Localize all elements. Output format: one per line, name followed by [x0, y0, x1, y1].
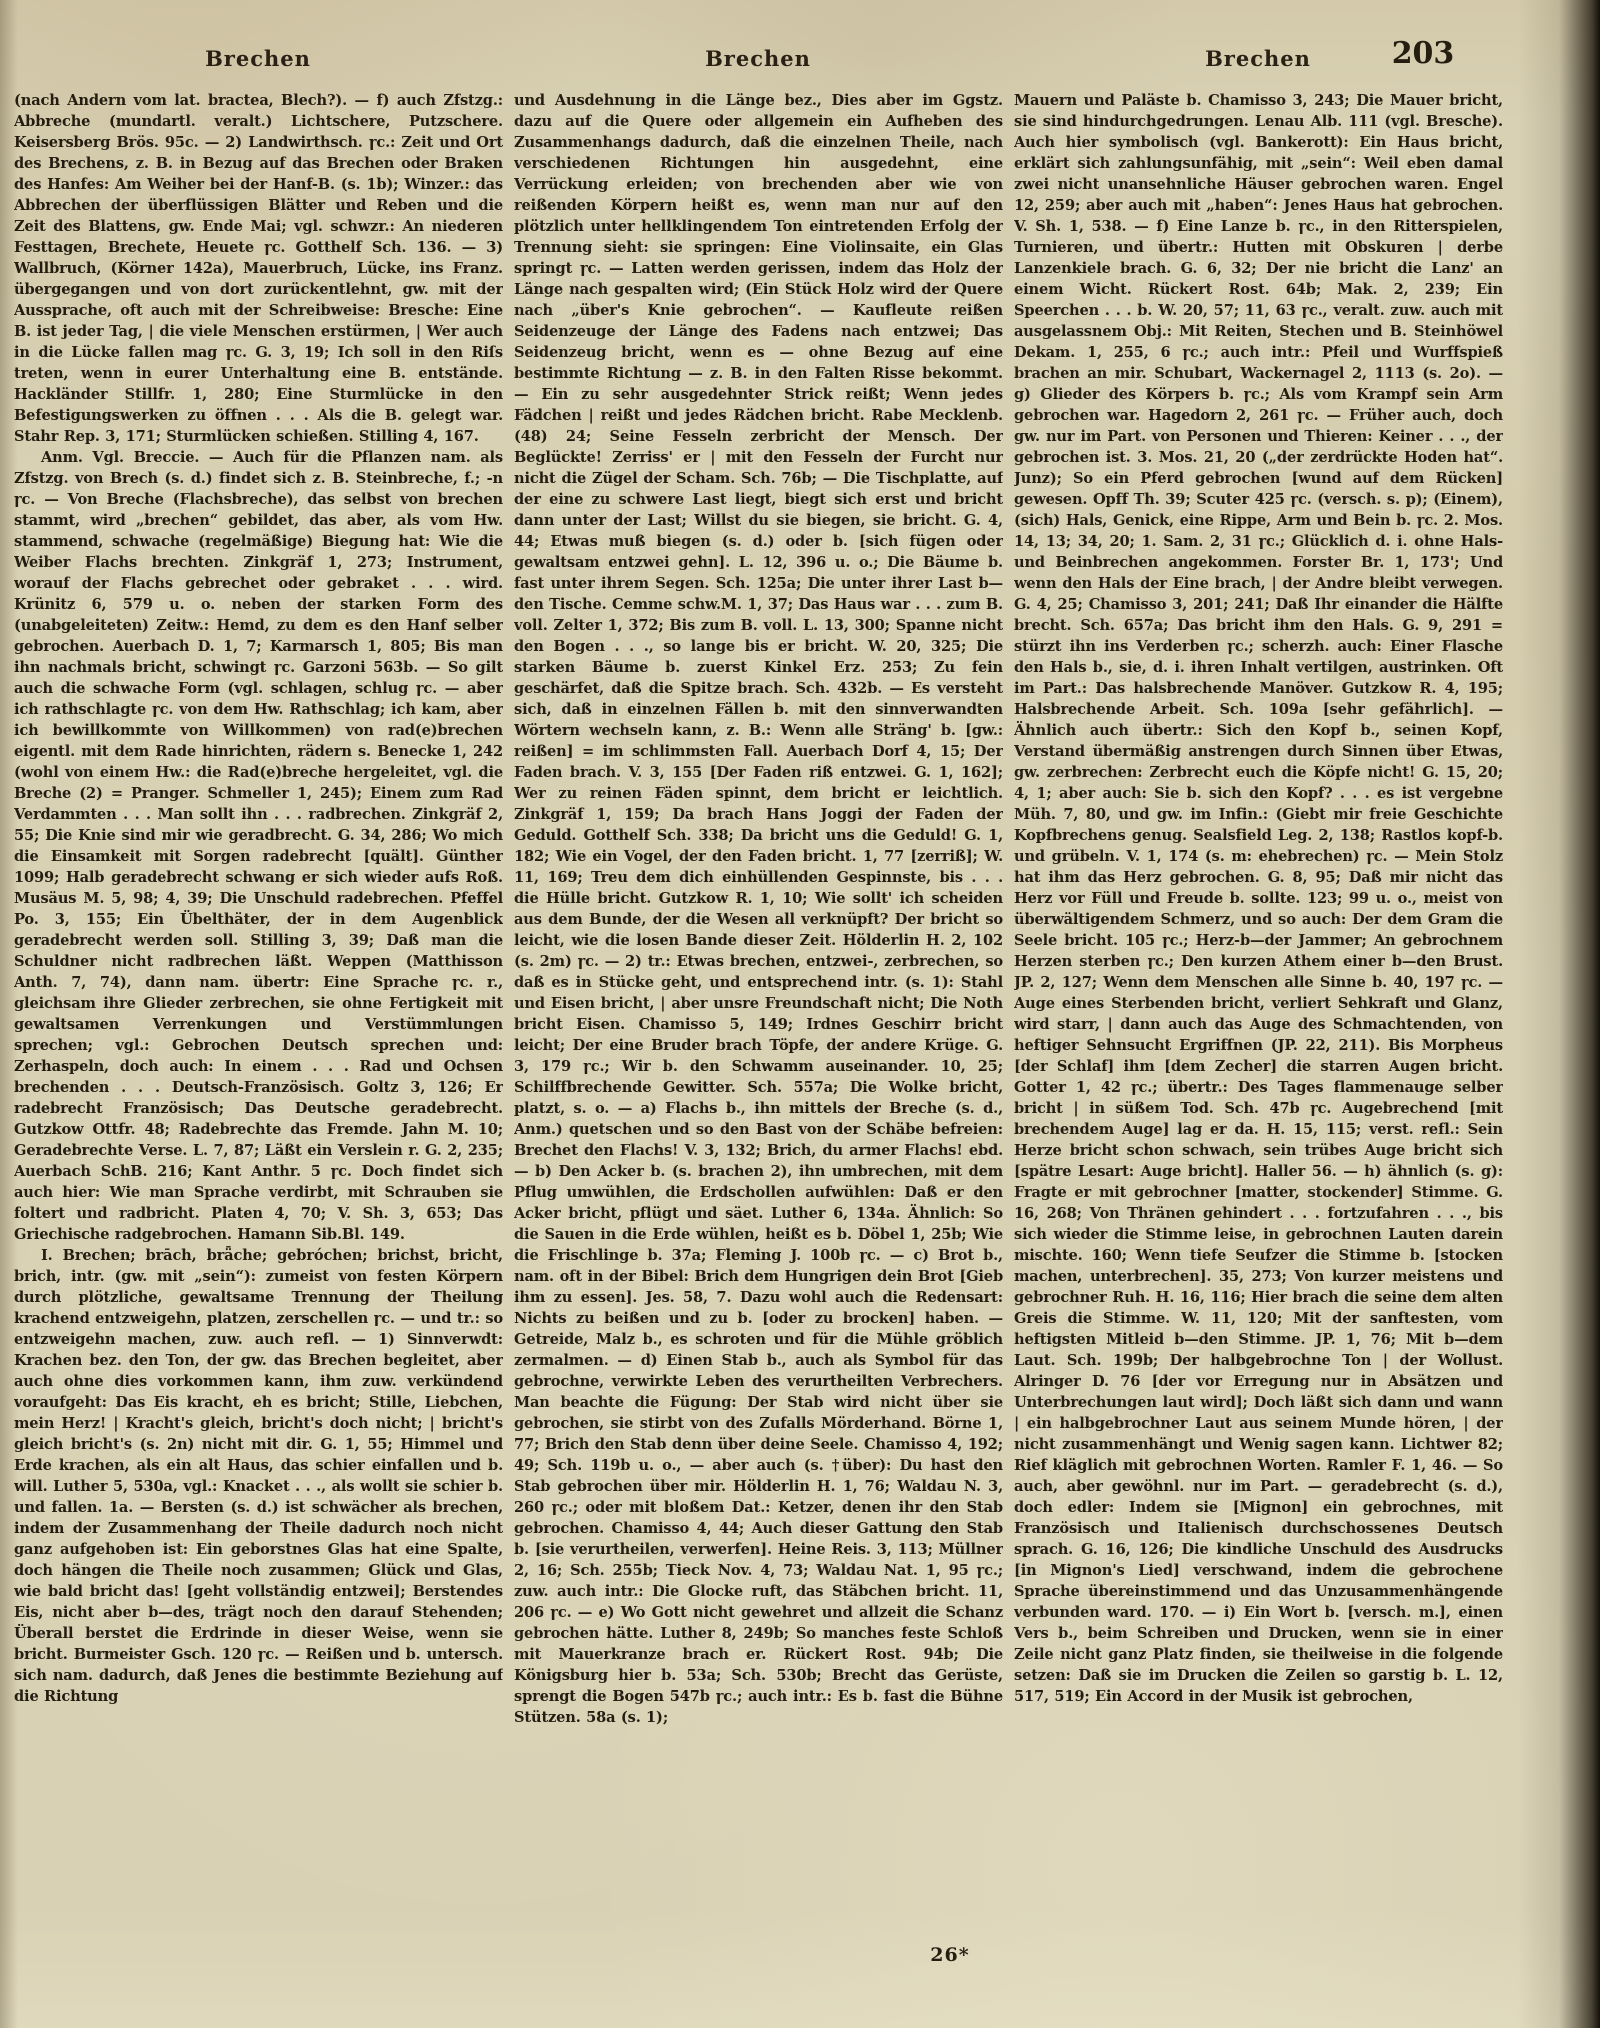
text-column-2: und Ausdehnung in die Länge bez., Dies a… [514, 90, 1003, 1966]
text-column-1: (nach Andern vom lat. bractea, Blech?). … [14, 90, 503, 1966]
page-number: 203 [1368, 36, 1478, 71]
running-head-center: Brechen [514, 46, 1002, 71]
column-1-paragraph-brechen-verb: I. Brechen; brāch, brǟche; gebróchen; br… [14, 1245, 503, 1707]
page-right-edge-shadow [1518, 0, 1600, 2028]
text-column-3: Mauern und Paläste b. Chamisso 3, 243; D… [1014, 90, 1503, 1966]
sheet-signature-mark: 26* [880, 1944, 1020, 1966]
scanned-dictionary-page: { "page": { "running_heads": { "left": "… [0, 0, 1600, 2028]
column-1-paragraph-continuation: (nach Andern vom lat. bractea, Blech?). … [14, 90, 503, 447]
running-head-left: Brechen [14, 46, 502, 71]
column-1-paragraph-anmerkung: Anm. Vgl. Breccie. — Auch für die Pflanz… [14, 447, 503, 1245]
column-2-paragraph: und Ausdehnung in die Länge bez., Dies a… [514, 90, 1003, 1728]
column-3-paragraph: Mauern und Paläste b. Chamisso 3, 243; D… [1014, 90, 1503, 1707]
